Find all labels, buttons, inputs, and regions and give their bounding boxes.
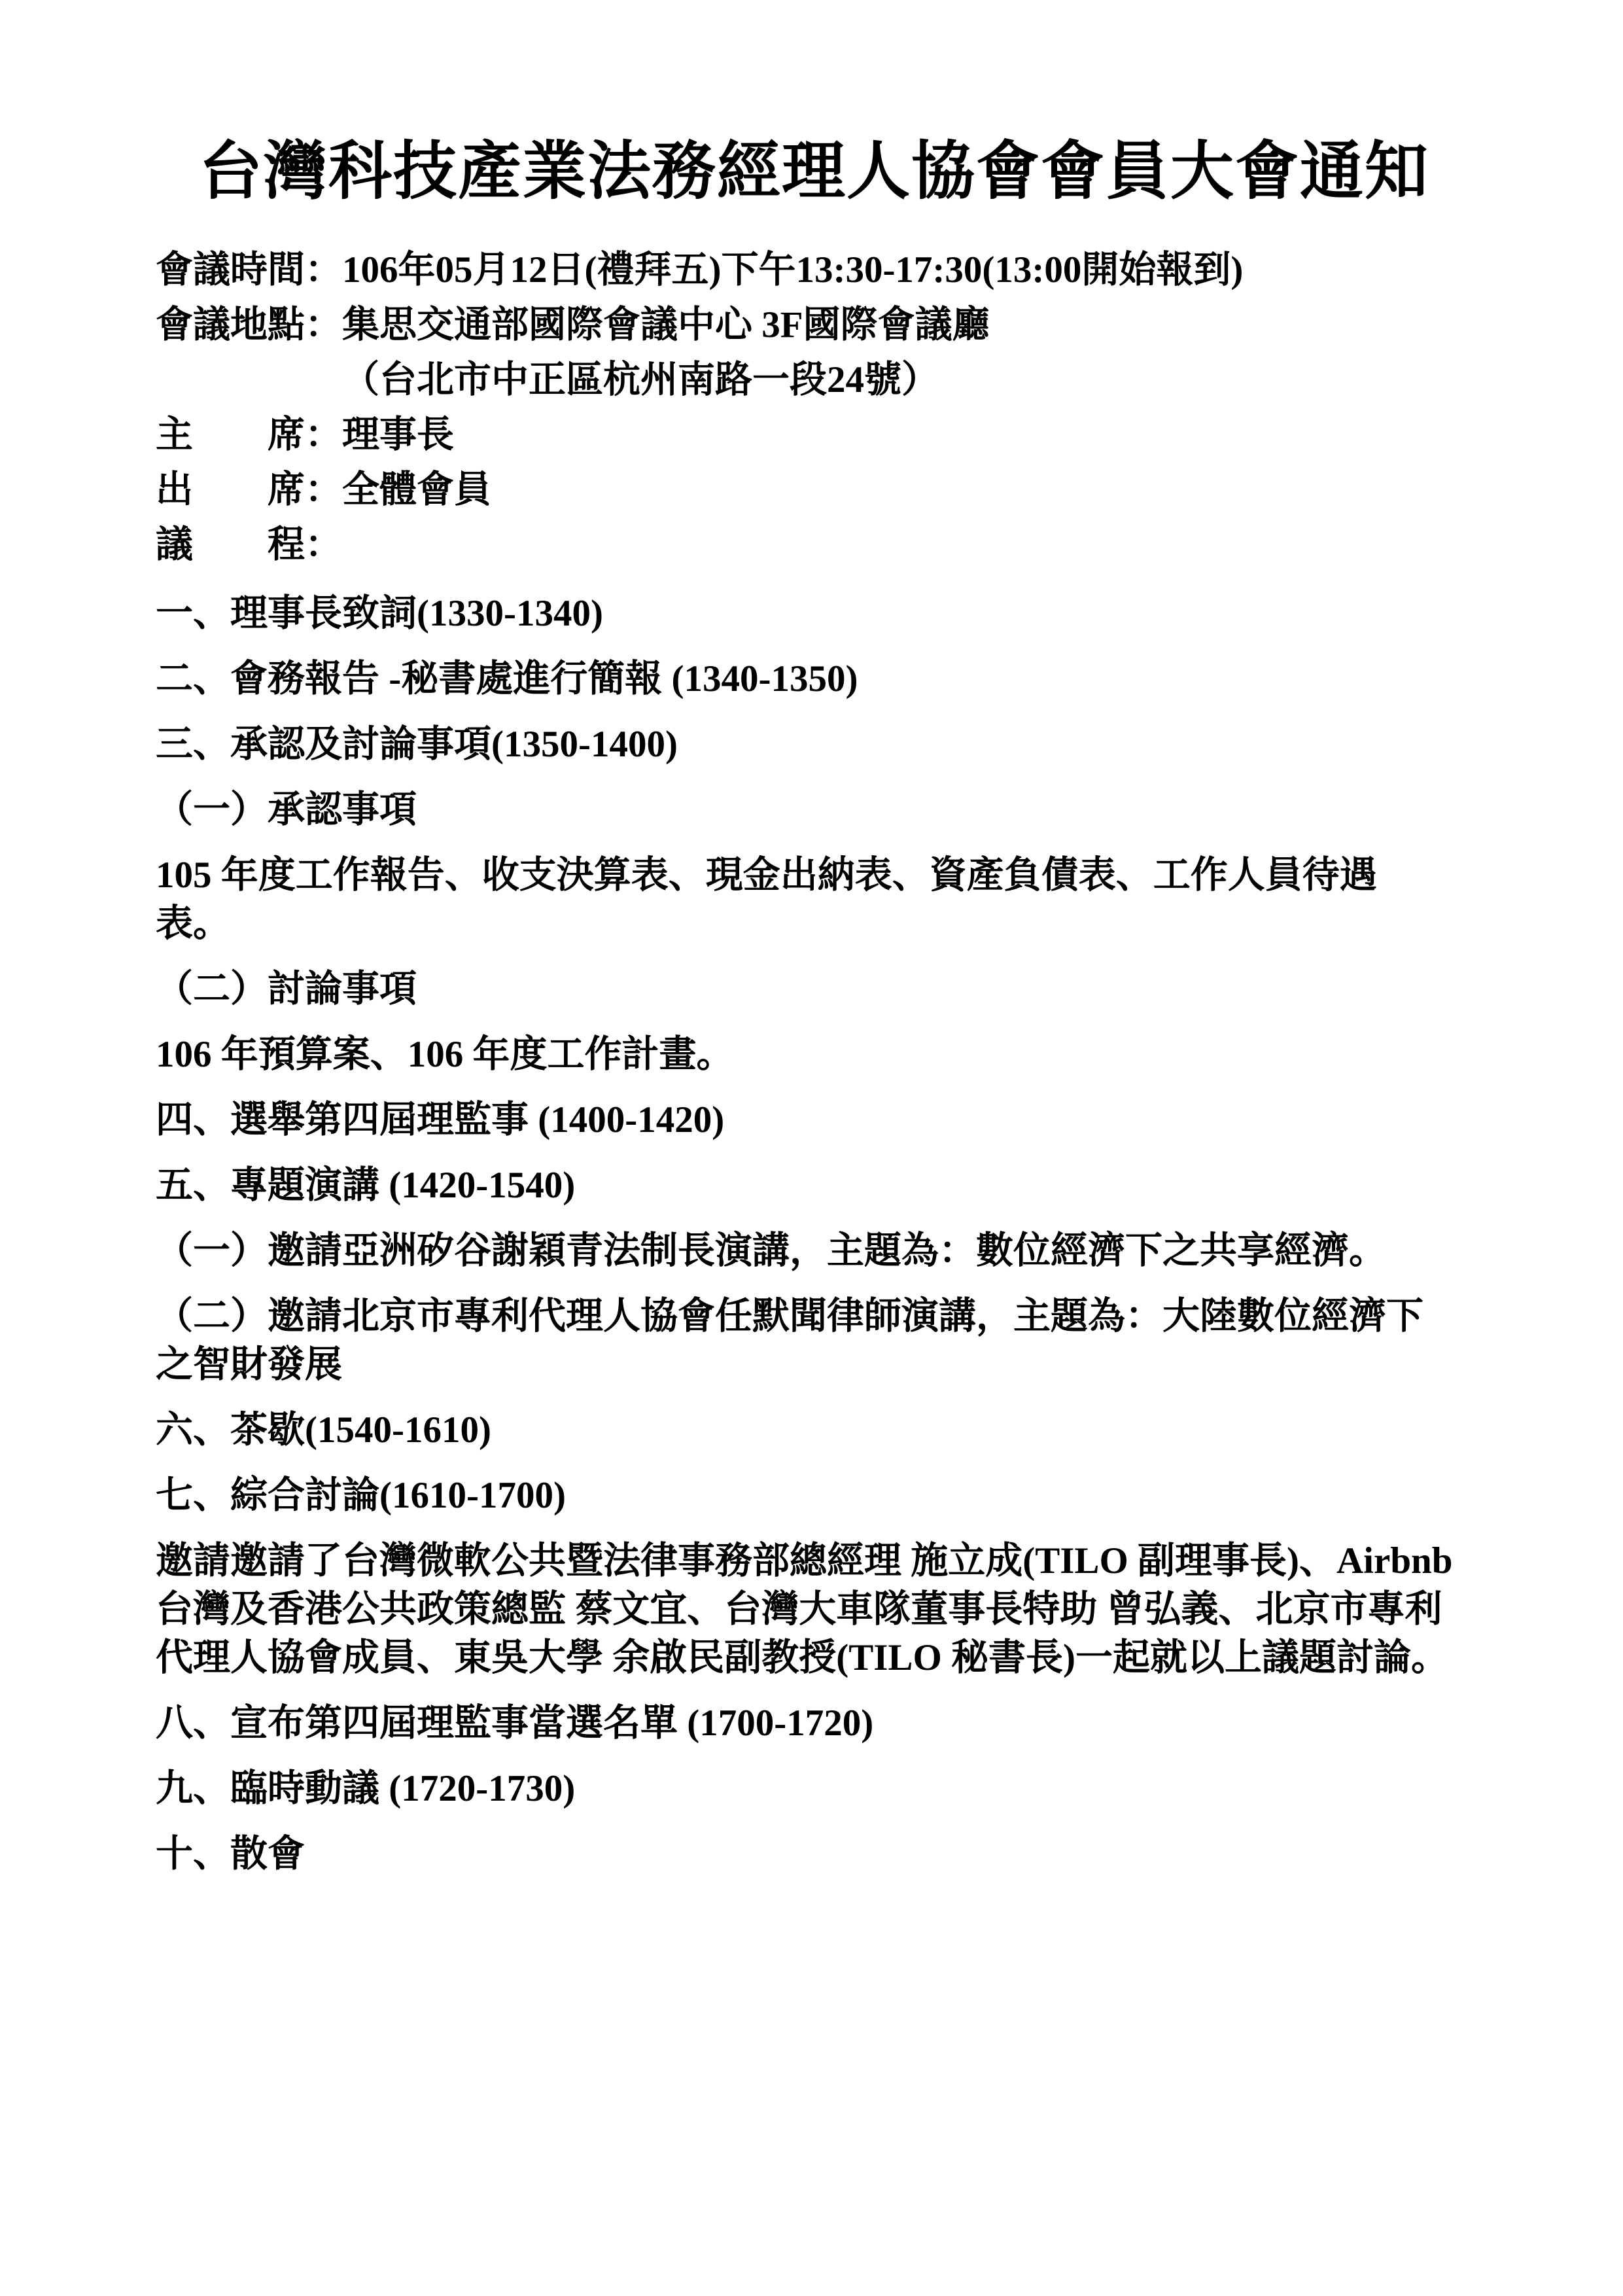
meeting-attendees-value: 全體會員 xyxy=(342,469,491,510)
agenda-heading-row: 議 程： xyxy=(156,518,1473,573)
meeting-place-label: 會議地點 xyxy=(156,304,305,345)
agenda-item-5-sub-2-continuation: 之智財發展 xyxy=(156,1341,1473,1389)
meeting-attendees-row: 出 席：全體會員 xyxy=(156,463,1473,518)
meeting-place-row: 會議地點：集思交通部國際會議中心 3F國際會議廳 xyxy=(156,298,1473,353)
meeting-time-value: 106年05月12日(禮拜五)下午13:30-17:30(13:00開始報到) xyxy=(342,249,1243,291)
meeting-time-row: 會議時間：106年05月12日(禮拜五)下午13:30-17:30(13:00開… xyxy=(156,243,1473,298)
agenda-item-3: 三、承認及討論事項(1350-1400) xyxy=(156,720,1473,769)
agenda-item-7-note-continuation: 台灣及香港公共政策總監 蔡文宜、台灣大車隊董事長特助 曾弘義、北京市專利 xyxy=(156,1585,1473,1634)
agenda-item-7-note-continuation-2: 代理人協會成員、東吳大學 余啟民副教授(TILO 秘書長)一起就以上議題討論。 xyxy=(156,1634,1473,1682)
meeting-time-colon: ： xyxy=(305,249,342,291)
agenda-item-5: 五、專題演講 (1420-1540) xyxy=(156,1161,1473,1210)
meeting-attendees-label: 出 席 xyxy=(156,469,305,510)
agenda-item-3-sub-1: （一）承認事項 xyxy=(156,786,1473,834)
agenda-item-3-sub-2-body: 106 年預算案、106 年度工作計畫。 xyxy=(156,1031,1473,1079)
meeting-meta: 會議時間：106年05月12日(禮拜五)下午13:30-17:30(13:00開… xyxy=(156,243,1473,573)
meeting-chair-value: 理事長 xyxy=(342,414,454,455)
meeting-attendees-colon: ： xyxy=(305,469,342,510)
agenda-item-10: 十、散會 xyxy=(156,1830,1473,1879)
meeting-address-value: （台北市中正區杭州南路一段24號） xyxy=(342,359,939,400)
agenda-item-3-sub-1-body: 105 年度工作報告、收支決算表、現金出納表、資產負債表、工作人員待遇 xyxy=(156,851,1473,900)
meeting-chair-colon: ： xyxy=(305,414,342,455)
meeting-time-label: 會議時間 xyxy=(156,249,305,291)
agenda-item-3-sub-2: （二）討論事項 xyxy=(156,965,1473,1014)
agenda-item-5-sub-2: （二）邀請北京市專利代理人協會任默聞律師演講，主題為：大陸數位經濟下 xyxy=(156,1292,1473,1341)
agenda-item-5-sub-1: （一）邀請亞洲矽谷謝穎青法制長演講，主題為：數位經濟下之共享經濟。 xyxy=(156,1227,1473,1275)
agenda-item-3-sub-1-body-continuation: 表。 xyxy=(156,900,1473,948)
agenda-item-4: 四、選舉第四屆理監事 (1400-1420) xyxy=(156,1096,1473,1144)
agenda-item-7: 七、綜合討論(1610-1700) xyxy=(156,1472,1473,1520)
agenda-item-2: 二、會務報告 -秘書處進行簡報 (1340-1350) xyxy=(156,655,1473,703)
agenda-heading-label: 議 程 xyxy=(156,524,305,565)
agenda-item-1: 一、理事長致詞(1330-1340) xyxy=(156,590,1473,638)
agenda-item-8: 八、宣布第四屆理監事當選名單 (1700-1720) xyxy=(156,1699,1473,1748)
meeting-address-row: （台北市中正區杭州南路一段24號） xyxy=(156,353,1473,408)
document-title: 台灣科技產業法務經理人協會會員大會通知 xyxy=(156,134,1473,210)
meeting-chair-row: 主 席：理事長 xyxy=(156,408,1473,463)
document-page: 台灣科技產業法務經理人協會會員大會通知 會議時間：106年05月12日(禮拜五)… xyxy=(0,0,1623,2296)
agenda-heading-colon: ： xyxy=(305,524,342,565)
meeting-place-value: 集思交通部國際會議中心 3F國際會議廳 xyxy=(342,304,990,345)
agenda-item-7-note: 邀請邀請了台灣微軟公共暨法律事務部總經理 施立成(TILO 副理事長)、Airb… xyxy=(156,1537,1473,1585)
meeting-place-colon: ： xyxy=(305,304,342,345)
agenda-item-9: 九、臨時動議 (1720-1730) xyxy=(156,1765,1473,1813)
meeting-chair-label: 主 席 xyxy=(156,414,305,455)
agenda-item-6: 六、茶歇(1540-1610) xyxy=(156,1406,1473,1455)
agenda-list: 一、理事長致詞(1330-1340) 二、會務報告 -秘書處進行簡報 (1340… xyxy=(156,590,1473,1879)
